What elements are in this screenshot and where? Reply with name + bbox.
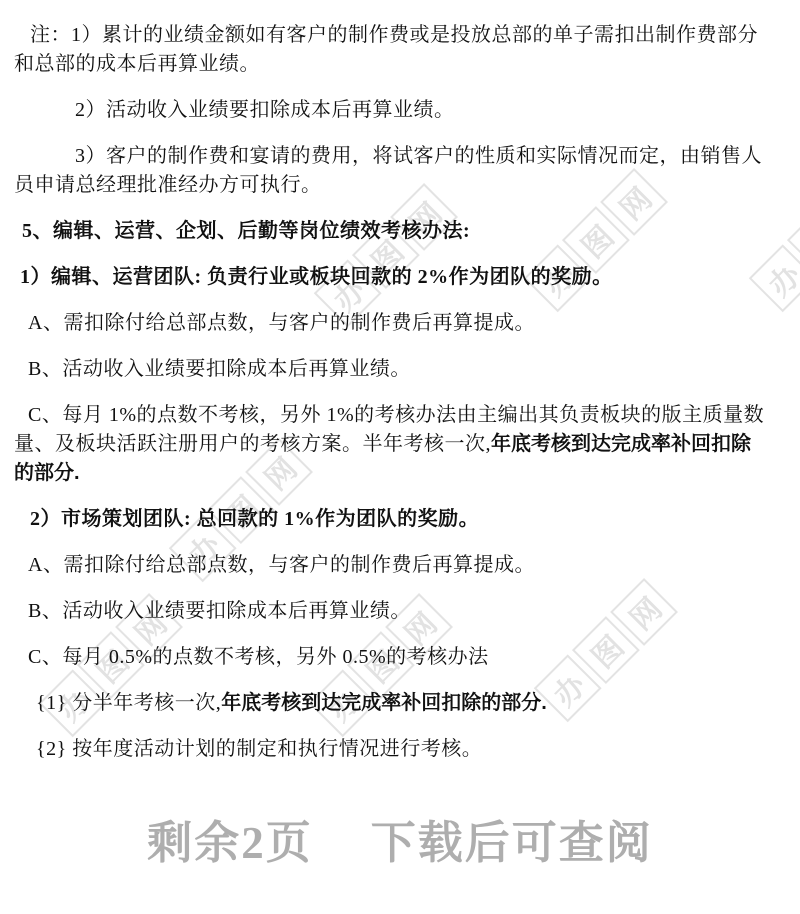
team1-item-b: B、活动收入业绩要扣除成本后再算业绩。 xyxy=(14,355,766,384)
team1-item-a: A、需扣除付给总部点数，与客户的制作费后再算提成。 xyxy=(14,309,766,338)
team2-sub1-kai-segment: {1} 分半年考核一次, xyxy=(36,692,221,714)
pages-remaining-label: 剩余2页 xyxy=(147,806,313,871)
team2-sub1-hei-segment: 年底考核到达完成率补回扣除的部分. xyxy=(221,692,547,714)
team2-item-c: C、每月 0.5%的点数不考核，另外 0.5%的考核办法 xyxy=(14,643,766,672)
section-5-heading: 5、编辑、运营、企划、后勤等岗位绩效考核办法: xyxy=(14,217,766,246)
note-paragraph-1: 注：1）累计的业绩金额如有客户的制作费或是投放总部的单子需扣出制作费部分和总部的… xyxy=(14,21,766,79)
note-paragraph-3: 3）客户的制作费和宴请的费用，将试客户的性质和实际情况而定，由销售人员申请总经理… xyxy=(14,142,766,200)
team2-sub-item-2: {2} 按年度活动计划的制定和执行情况进行考核。 xyxy=(14,735,766,764)
team2-heading: 2）市场策划团队: 总回款的 1%作为团队的奖励。 xyxy=(14,505,766,534)
download-hint-label: 下载后可查阅 xyxy=(371,806,653,871)
team2-item-a: A、需扣除付给总部点数，与客户的制作费后再算提成。 xyxy=(14,551,766,580)
preview-footer: 剩余2页 下载后可查阅 xyxy=(0,806,800,871)
team1-item-c: C、每月 1%的点数不考核，另外 1%的考核办法由主编出其负责板块的版主质量数量… xyxy=(14,401,766,488)
team2-item-b: B、活动收入业绩要扣除成本后再算业绩。 xyxy=(14,597,766,626)
team2-sub-item-1: {1} 分半年考核一次,年底考核到达完成率补回扣除的部分. xyxy=(14,689,766,718)
document-page: { "page": { "background_color": "#ffffff… xyxy=(0,0,800,914)
team1-heading: 1）编辑、运营团队: 负责行业或板块回款的 2%作为团队的奖励。 xyxy=(14,263,766,292)
note-paragraph-2: 2）活动收入业绩要扣除成本后再算业绩。 xyxy=(14,96,766,125)
document-body: 注：1）累计的业绩金额如有客户的制作费或是投放总部的单子需扣出制作费部分和总部的… xyxy=(0,0,800,764)
